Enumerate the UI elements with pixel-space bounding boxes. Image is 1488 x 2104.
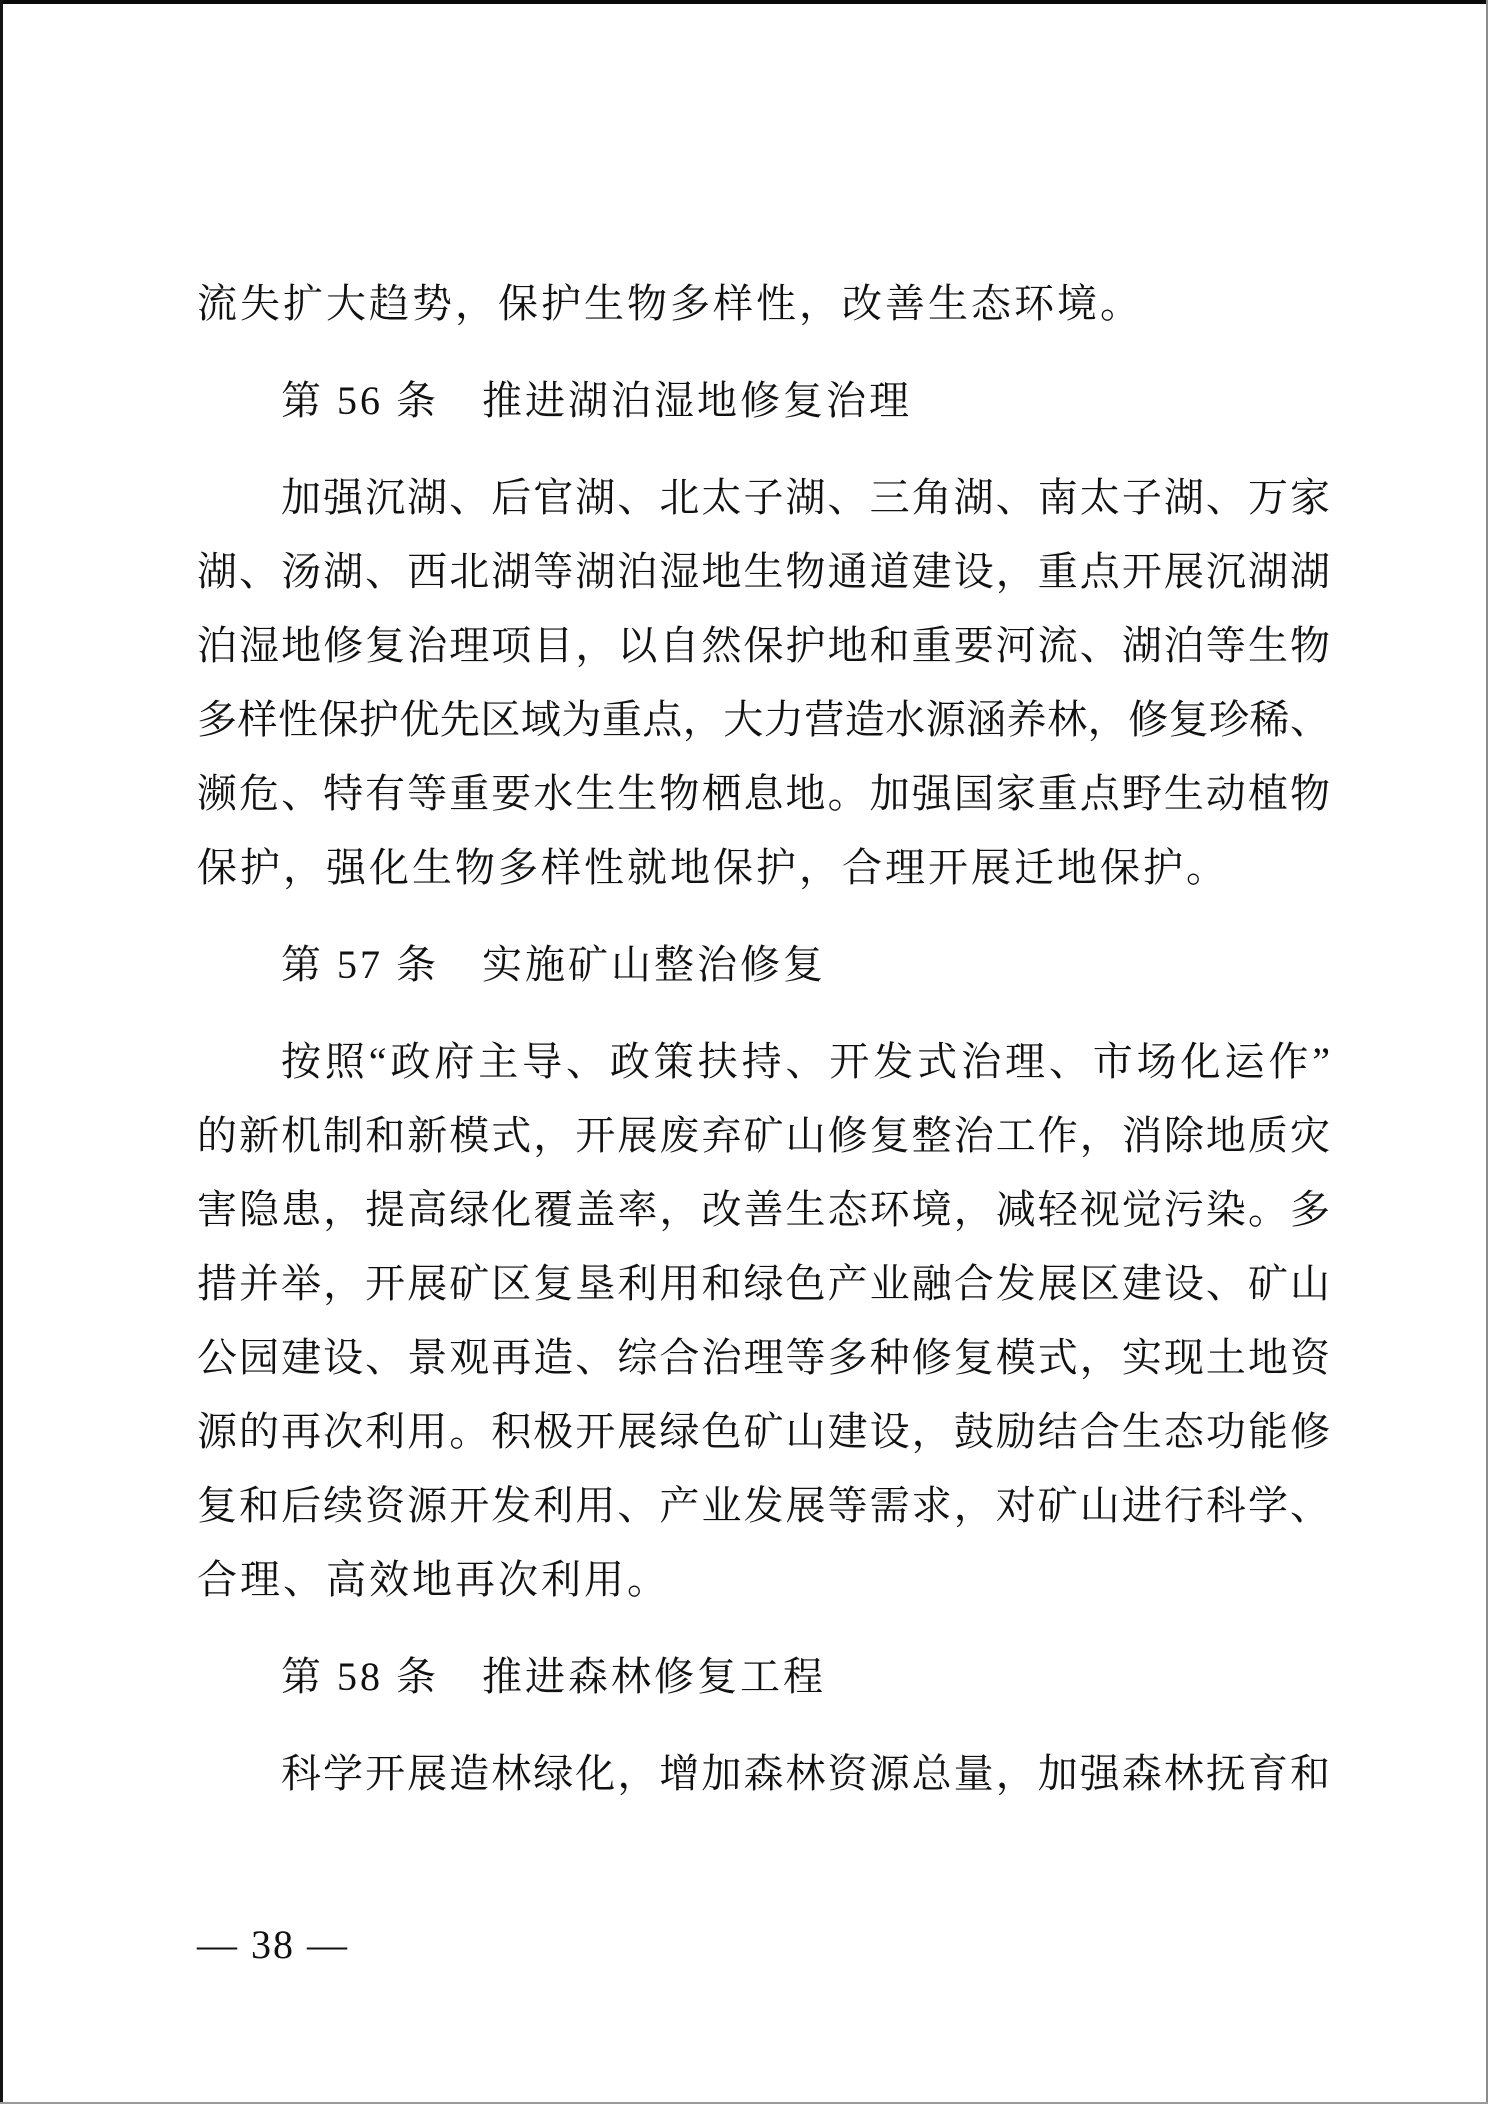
- text-line: 的新机制和新模式，开展废弃矿山修复整治工作，消除地质灾: [197, 1099, 1330, 1173]
- scan-edge-left: [0, 0, 3, 2104]
- document-page: 流失扩大趋势，保护生物多样性，改善生态环境。第 56 条 推进湖泊湿地修复治理加…: [0, 0, 1488, 2104]
- text-line: 多样性保护优先区域为重点，大力营造水源涵养林，修复珍稀、: [197, 683, 1330, 757]
- text-line: 加强沉湖、后官湖、北太子湖、三角湖、南太子湖、万家: [197, 461, 1330, 535]
- article-heading: 第 58 条 推进森林修复工程: [197, 1640, 1330, 1714]
- text-line: 源的再次利用。积极开展绿色矿山建设，鼓励结合生态功能修: [197, 1395, 1330, 1469]
- text-line: 害隐患，提高绿化覆盖率，改善生态环境，减轻视觉污染。多: [197, 1173, 1330, 1247]
- text-line: 湖、汤湖、西北湖等湖泊湿地生物通道建设，重点开展沉湖湖: [197, 535, 1330, 609]
- article-heading: 第 57 条 实施矿山整治修复: [197, 928, 1330, 1002]
- article-heading: 第 56 条 推进湖泊湿地修复治理: [197, 364, 1330, 438]
- page-number: — 38 —: [197, 1910, 349, 1980]
- text-line: 流失扩大趋势，保护生物多样性，改善生态环境。: [197, 267, 1330, 341]
- document-body: 流失扩大趋势，保护生物多样性，改善生态环境。第 56 条 推进湖泊湿地修复治理加…: [197, 267, 1330, 1811]
- text-line: 合理、高效地再次利用。: [197, 1543, 1330, 1617]
- text-line: 科学开展造林绿化，增加森林资源总量，加强森林抚育和: [197, 1737, 1330, 1811]
- text-line: 复和后续资源开发利用、产业发展等需求，对矿山进行科学、: [197, 1469, 1330, 1543]
- text-line: 按照“政府主导、政策扶持、开发式治理、市场化运作”: [197, 1025, 1330, 1099]
- text-line: 泊湿地修复治理项目，以自然保护地和重要河流、湖泊等生物: [197, 609, 1330, 683]
- scan-edge-top: [0, 0, 1488, 4]
- text-line: 保护，强化生物多样性就地保护，合理开展迁地保护。: [197, 831, 1330, 905]
- text-line: 濒危、特有等重要水生生物栖息地。加强国家重点野生动植物: [197, 757, 1330, 831]
- text-line: 措并举，开展矿区复垦利用和绿色产业融合发展区建设、矿山: [197, 1247, 1330, 1321]
- text-line: 公园建设、景观再造、综合治理等多种修复模式，实现土地资: [197, 1321, 1330, 1395]
